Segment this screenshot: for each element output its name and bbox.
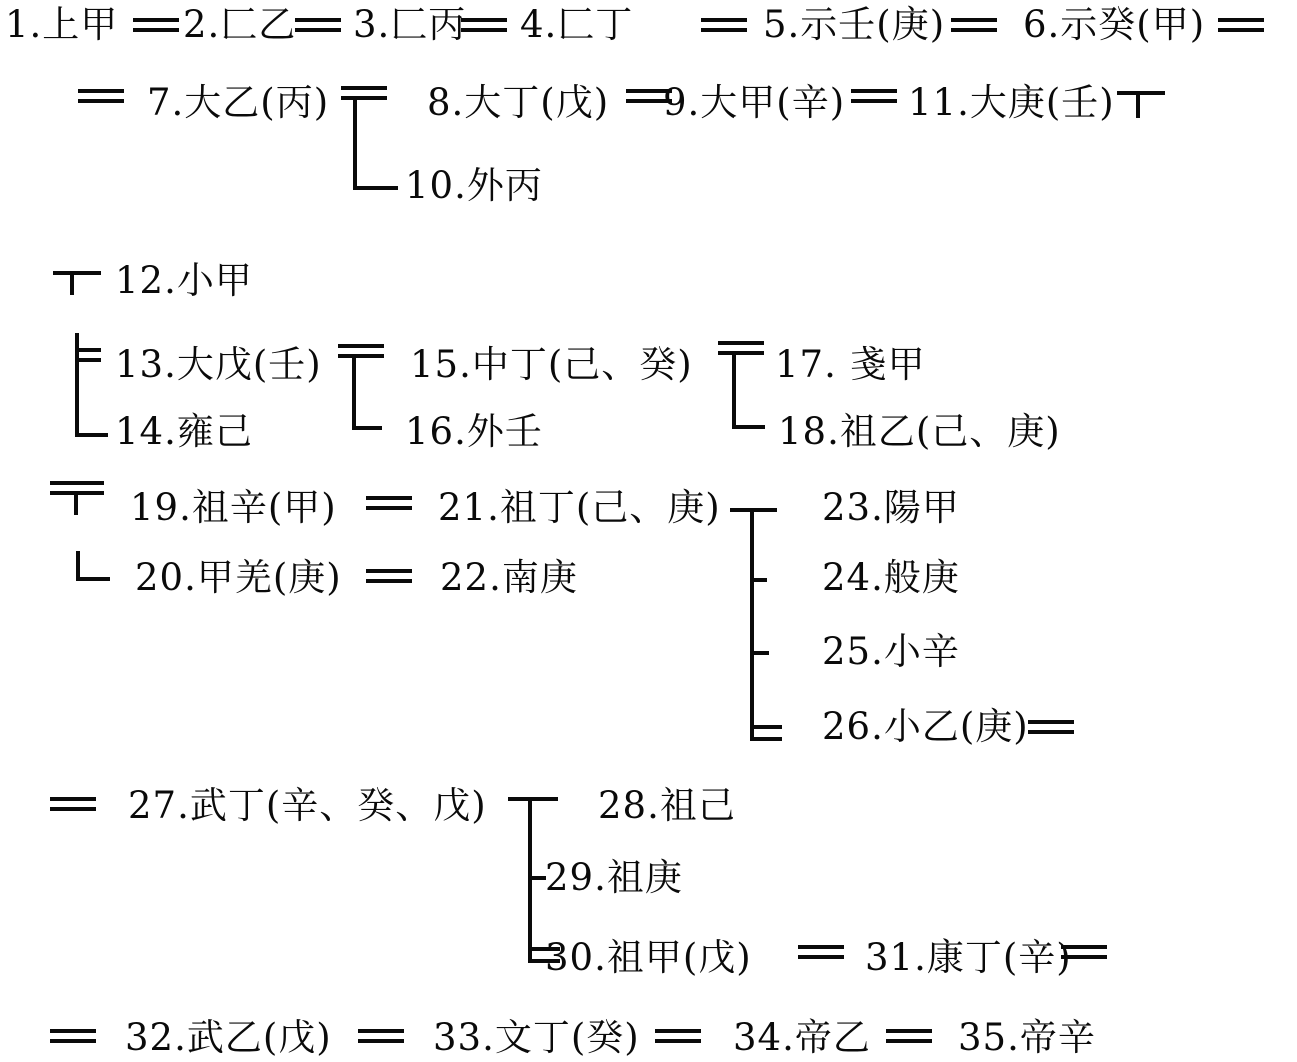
- marriage-bar-26-wrap: [1028, 720, 1074, 734]
- entry-30: 30.祖甲(戊): [545, 935, 752, 981]
- entry-4: 4.匚丁: [520, 2, 633, 48]
- entry-32: 32.武乙(戊): [125, 1015, 332, 1061]
- entry-1: 1.上甲: [5, 2, 118, 48]
- descent-foot-16: [352, 426, 382, 430]
- entry-11: 11.大庚(壬): [908, 80, 1115, 126]
- marriage-bar-wrap-7: [78, 89, 124, 103]
- entry-19: 19.祖辛(甲): [130, 485, 337, 531]
- continuation-bar-after-11: [1117, 91, 1165, 95]
- entry-27: 27.武丁(辛、癸、戊): [128, 783, 487, 829]
- entry-34: 34.帝乙: [733, 1015, 871, 1061]
- entry-28: 28.祖己: [598, 783, 736, 829]
- descent-line-to-16: [352, 358, 356, 430]
- sibling-line-23-26: [750, 508, 754, 741]
- marriage-bar-7-8: [341, 86, 387, 100]
- entry-29: 29.祖庚: [545, 855, 683, 901]
- entry-14: 14.雍己: [115, 409, 253, 455]
- marriage-bar-34-35: [886, 1029, 932, 1043]
- marriage-bar-wrap-27: [50, 797, 96, 811]
- entry-16: 16.外壬: [405, 409, 543, 455]
- entry-25: 25.小辛: [822, 629, 960, 675]
- entry-17: 17. 戔甲: [775, 342, 926, 388]
- entry-6: 6.示癸(甲): [1023, 2, 1205, 48]
- entry-7: 7.大乙(丙): [147, 80, 329, 126]
- marriage-bar-32-33: [358, 1029, 404, 1043]
- sibling-line-28-30: [528, 797, 532, 963]
- marriage-dash-26-a: [750, 725, 782, 729]
- sibling-tick-24: [750, 578, 767, 582]
- marriage-bar-15-17: [718, 341, 764, 355]
- entry-31: 31.康丁(辛): [865, 935, 1072, 981]
- marriage-dash-13-b: [79, 358, 101, 362]
- entry-2: 2.匚乙: [183, 2, 296, 48]
- descent-line-to-10: [353, 100, 357, 190]
- entry-5: 5.示壬(庚): [763, 2, 945, 48]
- sibling-foot-14: [75, 433, 108, 437]
- marriage-bar-2-3: [295, 18, 341, 32]
- entry-22: 22.南庚: [440, 555, 578, 601]
- entry-10: 10.外丙: [405, 163, 543, 209]
- genealogy-diagram-page: 1.上甲 2.匚乙 3.匚丙 4.匚丁 5.示壬(庚) 6.示癸(甲) 7.大乙…: [0, 0, 1297, 1062]
- descent-tick-before-19: [74, 495, 78, 515]
- marriage-bar-5-6: [951, 18, 997, 32]
- continuation-tick-after-11: [1136, 95, 1140, 118]
- entry-8: 8.大丁(戊): [427, 80, 609, 126]
- entry-35: 35.帝辛: [958, 1015, 1096, 1061]
- descent-foot-10: [353, 186, 398, 190]
- sibling-foot-20: [76, 577, 110, 581]
- entry-20: 20.甲羌(庚): [135, 555, 342, 601]
- descent-foot-18: [732, 425, 765, 429]
- marriage-bar-30-31: [798, 945, 844, 959]
- entry-24: 24.般庚: [822, 555, 960, 601]
- entry-15: 15.中丁(己、癸): [410, 342, 693, 388]
- marriage-bar-6-wrap: [1218, 18, 1264, 32]
- entry-13: 13.大戊(壬): [115, 342, 322, 388]
- entry-12: 12.小甲: [115, 258, 253, 304]
- entry-33: 33.文丁(癸): [433, 1015, 640, 1061]
- sibling-tick-25: [750, 651, 769, 655]
- marriage-bar-4-5: [701, 18, 747, 32]
- marriage-bar-31-wrap: [1061, 945, 1107, 959]
- marriage-dash-26-b: [750, 737, 782, 741]
- entry-18: 18.祖乙(己、庚): [778, 409, 1061, 455]
- marriage-bar-33-34: [655, 1029, 701, 1043]
- marriage-bar-wrap-32: [50, 1029, 96, 1043]
- marriage-bar-3-4: [461, 18, 507, 32]
- marriage-bar-1-2: [133, 18, 179, 32]
- marriage-dash-13-a: [79, 348, 101, 352]
- continuation-bar-before-12: [53, 271, 101, 275]
- entry-3: 3.匚丙: [353, 2, 466, 48]
- entry-21: 21.祖丁(己、庚): [438, 485, 721, 531]
- marriage-bar-19-21: [366, 496, 412, 510]
- sibling-tick-29: [528, 876, 546, 880]
- marriage-bar-13-15: [338, 344, 384, 358]
- entry-26: 26.小乙(庚): [822, 704, 1029, 750]
- continuation-tick-before-12: [70, 275, 74, 295]
- marriage-bar-9-11: [851, 89, 897, 103]
- descent-bar-after-27: [508, 797, 558, 801]
- marriage-bar-20-22: [366, 569, 412, 583]
- descent-line-to-18: [732, 355, 736, 429]
- entry-23: 23.陽甲: [822, 485, 960, 531]
- entry-9: 9.大甲(辛): [663, 80, 845, 126]
- descent-doublebar-before-19: [50, 481, 104, 495]
